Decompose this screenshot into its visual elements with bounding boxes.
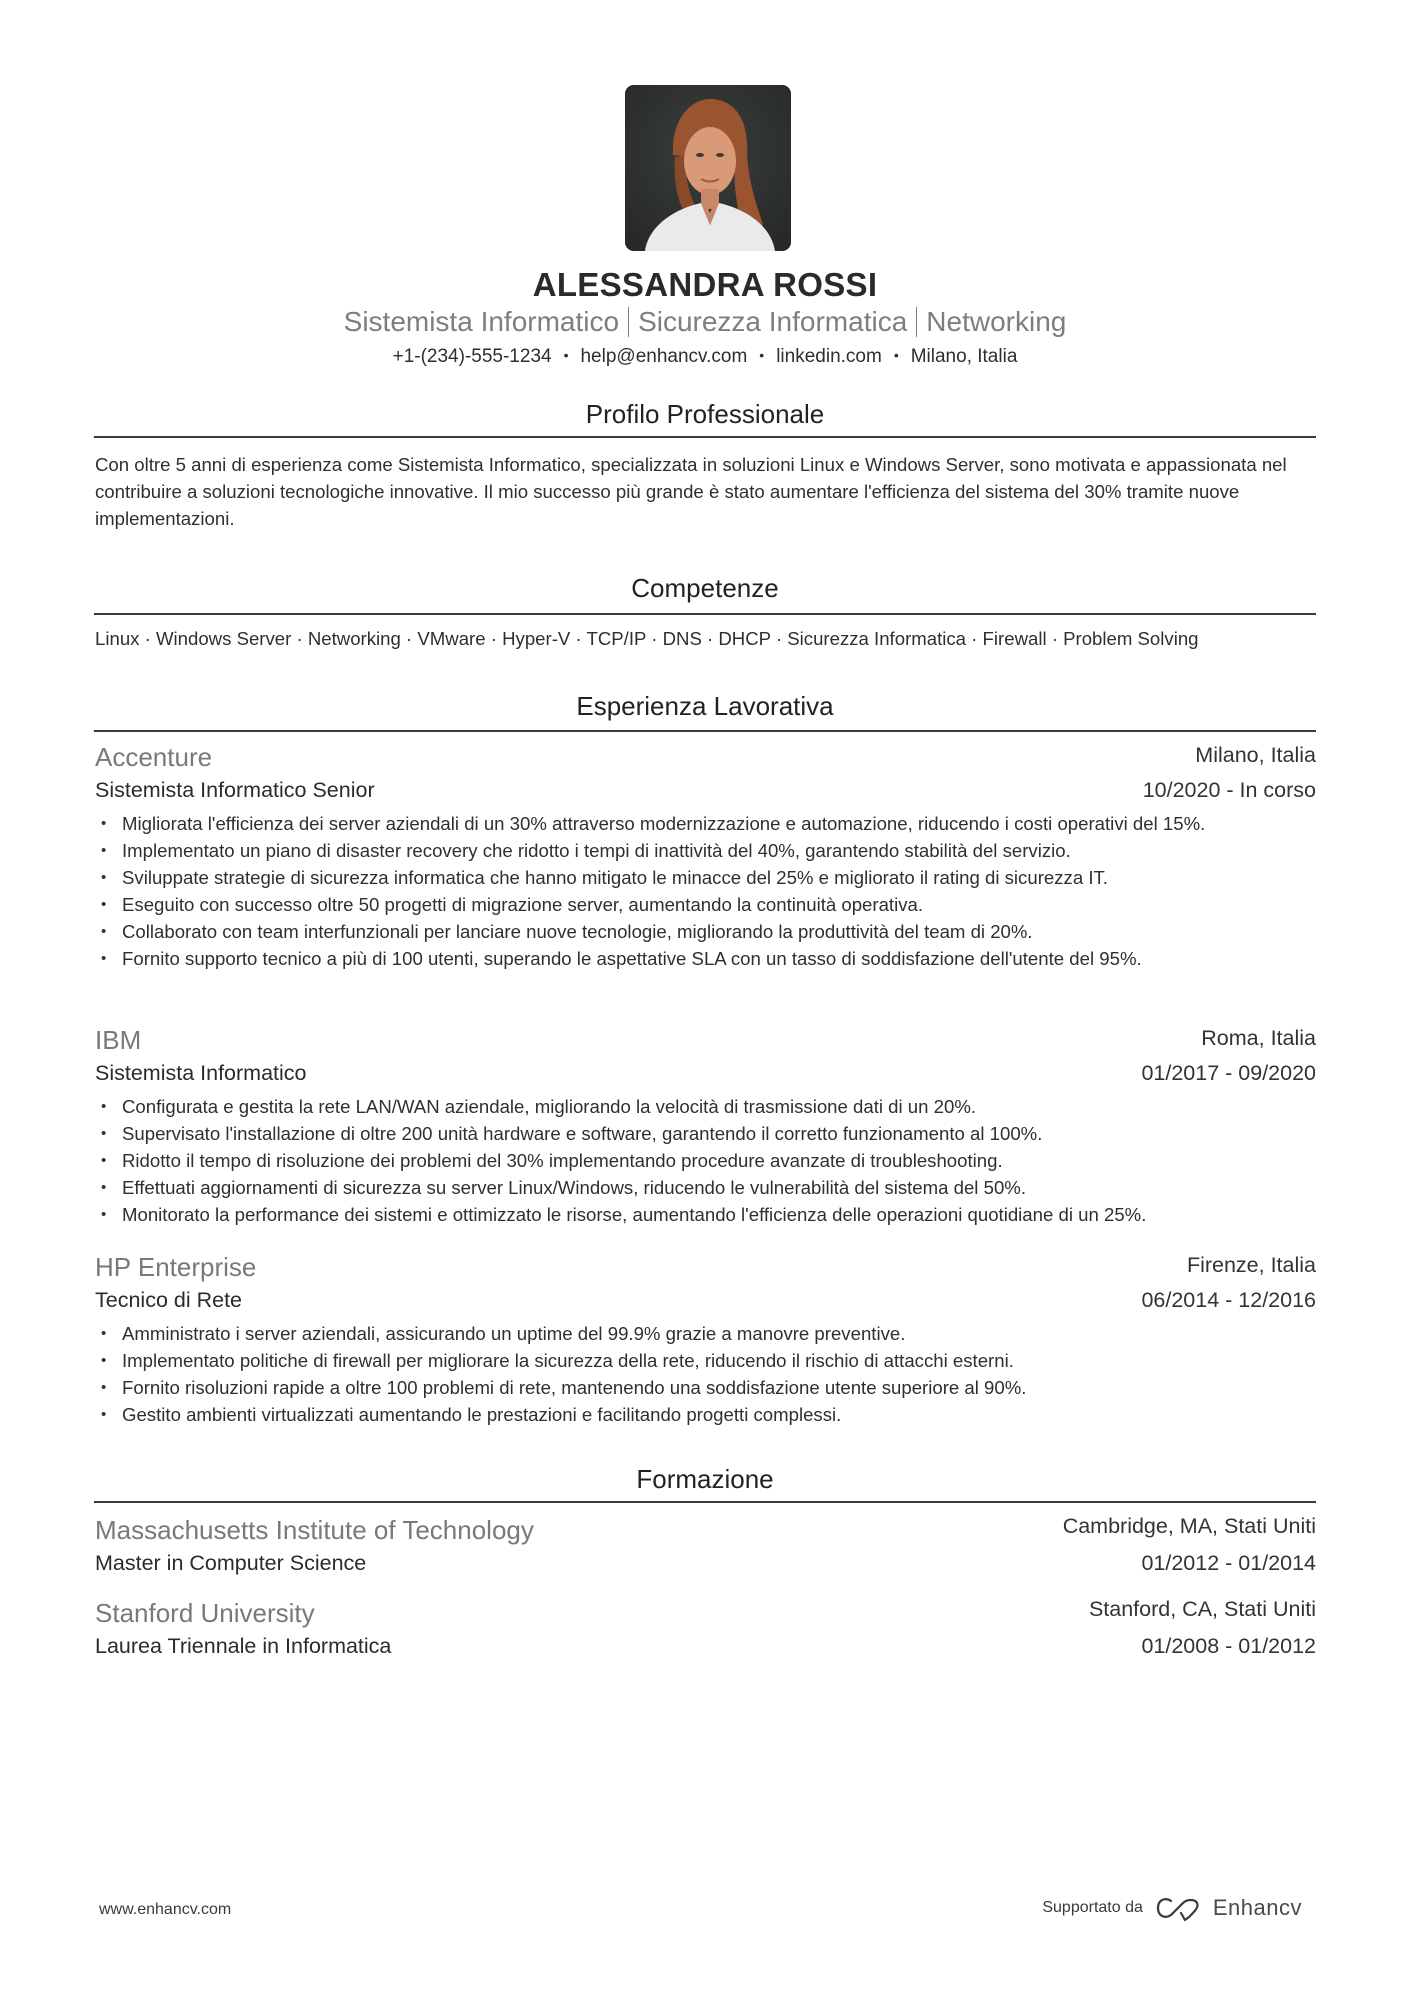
bullet-separator: • [894, 347, 899, 363]
section-divider [94, 730, 1316, 732]
section-title-skills: Competenze [0, 572, 1410, 604]
job-role: Tecnico di Rete [95, 1286, 242, 1314]
bullet-item: Configurata e gestita la rete LAN/WAN az… [95, 1093, 1320, 1120]
education-degree: Master in Computer Science [95, 1549, 366, 1577]
bullet-item: Gestito ambienti virtualizzati aumentand… [95, 1401, 1320, 1428]
education-dates: 01/2008 - 01/2012 [1141, 1632, 1316, 1660]
bullet-item: Supervisato l'installazione di oltre 200… [95, 1120, 1320, 1147]
job-location: Milano, Italia [1195, 741, 1316, 769]
contact-line: +1-(234)-555-1234•help@enhancv.com•linke… [0, 342, 1410, 370]
job-role: Sistemista Informatico Senior [95, 776, 375, 804]
contact-location: Milano, Italia [911, 346, 1018, 367]
job-company: IBM [95, 1024, 141, 1056]
enhancv-brand: Enhancv [1213, 1895, 1302, 1921]
job-bullets: Amministrato i server aziendali, assicur… [95, 1320, 1320, 1428]
bullet-item: Implementato un piano di disaster recove… [95, 837, 1320, 864]
job-location: Roma, Italia [1201, 1024, 1316, 1052]
headline-part: Sistemista Informatico [344, 306, 619, 337]
bullet-item: Migliorata l'efficienza dei server azien… [95, 810, 1320, 837]
bullet-item: Amministrato i server aziendali, assicur… [95, 1320, 1320, 1347]
skills-list: Linux · Windows Server · Networking · VM… [95, 626, 1320, 652]
education-school: Massachusetts Institute of Technology [95, 1514, 534, 1546]
portrait-image [625, 85, 791, 251]
bullet-item: Monitorato la performance dei sistemi e … [95, 1201, 1320, 1228]
section-divider [94, 1501, 1316, 1503]
section-title-experience: Esperienza Lavorativa [0, 690, 1410, 722]
profile-photo [625, 85, 791, 251]
job-bullets: Migliorata l'efficienza dei server azien… [95, 810, 1320, 972]
bullet-separator: • [564, 347, 569, 363]
bullet-item: Implementato politiche di firewall per m… [95, 1347, 1320, 1374]
enhancv-logo-icon [1155, 1895, 1201, 1921]
contact-linkedin[interactable]: linkedin.com [776, 346, 882, 367]
bullet-item: Sviluppate strategie di sicurezza inform… [95, 864, 1320, 891]
bullet-item: Collaborato con team interfunzionali per… [95, 918, 1320, 945]
section-title-education: Formazione [0, 1463, 1410, 1495]
education-dates: 01/2012 - 01/2014 [1141, 1549, 1316, 1577]
section-title-summary: Profilo Professionale [0, 398, 1410, 430]
bullet-item: Effettuati aggiornamenti di sicurezza su… [95, 1174, 1320, 1201]
contact-phone[interactable]: +1-(234)-555-1234 [393, 346, 552, 367]
section-divider [94, 613, 1316, 615]
education-degree: Laurea Triennale in Informatica [95, 1632, 391, 1660]
job-dates: 10/2020 - In corso [1143, 776, 1316, 804]
bullet-item: Eseguito con successo oltre 50 progetti … [95, 891, 1320, 918]
headline-separator [628, 307, 629, 337]
headline-part: Networking [926, 306, 1066, 337]
headline-separator [916, 307, 917, 337]
education-school: Stanford University [95, 1597, 315, 1629]
job-role: Sistemista Informatico [95, 1059, 306, 1087]
section-divider [94, 436, 1316, 438]
job-location: Firenze, Italia [1187, 1251, 1316, 1279]
bullet-item: Fornito supporto tecnico a più di 100 ut… [95, 945, 1320, 972]
bullet-item: Ridotto il tempo di risoluzione dei prob… [95, 1147, 1320, 1174]
summary-text: Con oltre 5 anni di esperienza come Sist… [95, 451, 1320, 532]
candidate-name: ALESSANDRA ROSSI [0, 266, 1410, 304]
education-location: Stanford, CA, Stati Uniti [1089, 1595, 1316, 1623]
job-company: HP Enterprise [95, 1251, 256, 1283]
bullet-item: Fornito risoluzioni rapide a oltre 100 p… [95, 1374, 1320, 1401]
contact-email[interactable]: help@enhancv.com [580, 346, 747, 367]
job-dates: 01/2017 - 09/2020 [1141, 1059, 1316, 1087]
job-dates: 06/2014 - 12/2016 [1141, 1286, 1316, 1314]
education-location: Cambridge, MA, Stati Uniti [1063, 1512, 1316, 1540]
bullet-separator: • [759, 347, 764, 363]
job-bullets: Configurata e gestita la rete LAN/WAN az… [95, 1093, 1320, 1228]
job-company: Accenture [95, 741, 212, 773]
headline-part: Sicurezza Informatica [638, 306, 907, 337]
powered-by[interactable]: Supportato da Enhancv [1042, 1895, 1302, 1921]
footer-website-link[interactable]: www.enhancv.com [99, 1900, 231, 1920]
headline: Sistemista InformaticoSicurezza Informat… [0, 304, 1410, 340]
powered-by-label: Supportato da [1042, 1899, 1143, 1917]
